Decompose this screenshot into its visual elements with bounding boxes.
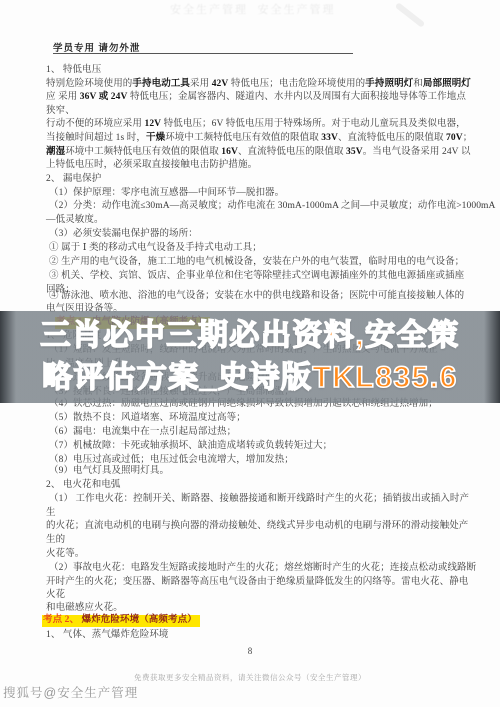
text-line: 火花等。 <box>46 549 84 560</box>
text-line: （9）电气灯具及照明灯具。 <box>49 466 169 477</box>
text-line: （7）机械故障：卡死或轴承损坏、缺油造成堵转或负载转矩过大； <box>49 441 332 452</box>
text-line: （2）分类：动作电流≤30mA—高灵敏度；动作电流在 30mA-1000mA 之… <box>49 201 496 212</box>
text-line: 行动不便的环境应采用 12V 特低电压；6V 特低电压用于特殊场所。对于电动儿童… <box>46 119 466 130</box>
text-line: ② 生产用的电气设备，施工工地的电气机械设备，安装在户外的电气装置，临时用电的电… <box>49 257 464 268</box>
text-line: ④ 游泳池、喷水池、浴池的电气设备；安装在水中的供电线路和设备；医院中可能直接接… <box>49 291 464 302</box>
text-line: 2、 漏电保护 <box>46 174 101 185</box>
text-line: （1）保护原理：零序电流互感器—中间环节—脱扣器。 <box>49 188 284 199</box>
text-line: 潮湿环境中工频特低电压有效值的限值取 16V、直流特低电压的限值取 35V。当电… <box>46 147 471 158</box>
text-line: 特别危险环境使用的手持电动工具采用 42V 特低电压；电击危险环境使用的手持照明… <box>46 79 471 90</box>
souhu-account-label: 搜狐号@安全生产管理 <box>3 683 138 701</box>
text-line: 上特低电压时，必须采取直接接触电击防护措施。 <box>46 160 257 171</box>
text-line: —低灵敏度。 <box>46 215 104 226</box>
text-line: （2）事故电火花：电路发生短路或接地时产生的火花；熔丝熔断时产生的火花；连接点松… <box>49 563 476 574</box>
footer-note: 免费获取更多安全精品资料，请关注微信公众号（安全生产管理） <box>0 672 500 683</box>
promo-text-line2: 略评估方案_史诗版TKL835.6 <box>42 357 458 399</box>
text-line: （5）散热不良：风道堵塞、环境温度过高等； <box>49 413 246 424</box>
header-rule <box>53 53 353 54</box>
text-line: 的火花；直流电动机的电刷与换向器的滑动接触处、绕线式异步电动机的电刷与滑环的滑动… <box>46 521 468 532</box>
text-line: 2、 电火花和电弧 <box>46 480 121 491</box>
text-line: 生的 <box>46 535 65 546</box>
watermark-text: 安全生产管理 安全生产管理 <box>170 1 336 17</box>
text-line: 生 <box>46 508 56 519</box>
text-line: （3）必须安装漏电保护器的场所： <box>49 229 198 240</box>
text-line: 狭窄、 <box>46 106 75 117</box>
text-line: 1、 气体、蒸气爆炸危险环境 <box>46 630 169 641</box>
text-line: 应 采用 36V 或 24V 特低电压；金属容器内、隧道内、水井内以及周围有大面… <box>46 92 466 103</box>
text-line: 开时产生的火花；变压器、断路器等高压电气设备由于绝缘质量降低发生的闪络等。雷电火… <box>46 577 468 588</box>
promo-text-line1: 三肖必中三期必出资料,安全策 <box>40 315 459 357</box>
exam-point-highlight: 考点 2、 爆炸危险环境（高频考点） <box>42 615 200 627</box>
text-line: 和电磁感应火花。 <box>46 603 123 614</box>
text-line: （1） 工作电火花：控制开关、断路器、接触器接通和断开线路时产生的火花；插销拔出… <box>49 494 469 505</box>
text-line: 1、 特低电压 <box>46 65 101 76</box>
header-label: 学员专用 请勿外泄 <box>53 40 140 54</box>
text-line: （8）电压过高或过低；电压过低会电流增大，增加发热； <box>49 455 294 466</box>
text-line: 当接触时间超过 1s 时，干燥环境中工频特低电压有效值的限值取 33V、直流特低… <box>46 133 472 144</box>
scan-artifact <box>395 2 425 28</box>
text-line: ③ 机关、学校、宾馆、饭店、企事业单位和住宅等除壁挂式空调电源插座外的其他电源插… <box>49 271 464 282</box>
page-number: 8 <box>0 646 500 656</box>
text-line: ① 属于 Ⅰ 类的移动式电气设备及手持式电动工具； <box>49 243 262 254</box>
text-line: （6）漏电：电流集中在一点引起局部过热； <box>49 427 236 438</box>
document-page: 安全生产管理 安全生产管理 学员专用 请勿外泄 1、 特低电压特别危险环境使用的… <box>0 0 500 707</box>
promo-overlay: 三肖必中三期必出资料,安全策 略评估方案_史诗版TKL835.6 <box>0 311 500 403</box>
text-line: 火花 <box>46 590 65 601</box>
